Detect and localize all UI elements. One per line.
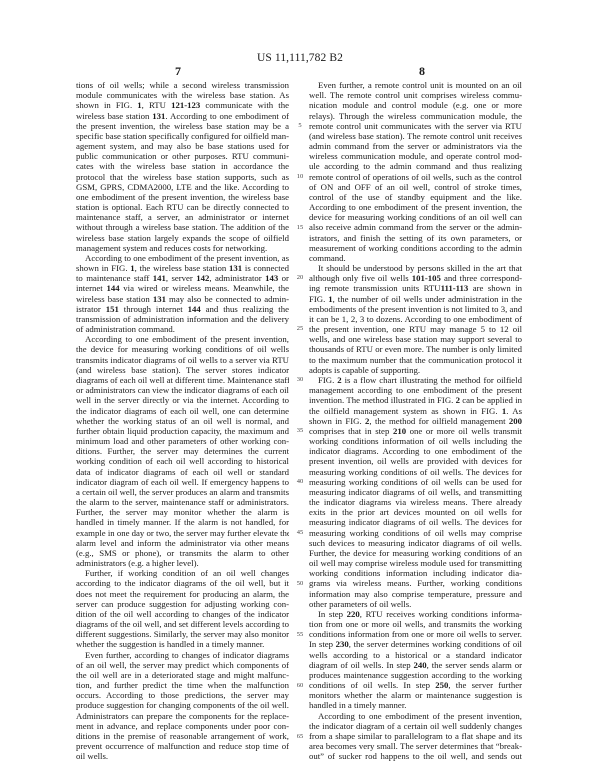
text-line: handled in a timely manner. <box>309 700 522 710</box>
text-line: public communication or other purposes. … <box>76 151 289 161</box>
text-line: the alarm to the server, maintenance sta… <box>76 497 289 507</box>
text-line: ing remote transmission units RTU111-113… <box>309 283 522 293</box>
text-line: (e.g., SMS or phone), or transmits the a… <box>76 548 289 558</box>
text-line: data of indicator diagrams of each oil w… <box>76 467 289 477</box>
text-line: station is optional. Each RTU can be dir… <box>76 202 289 212</box>
line-number: 55 <box>293 631 307 638</box>
text-line: produces maintenance suggestion accordin… <box>309 670 522 680</box>
text-line: control of the use of standby equipment … <box>309 192 522 202</box>
text-line: different suggestions. Similarly, the se… <box>76 629 289 639</box>
text-line: the device for measuring working conditi… <box>76 344 289 354</box>
text-line: relays). Through the wireless communicat… <box>309 111 522 121</box>
text-line: wells according to a historical or a sta… <box>309 650 522 660</box>
text-line: of administration command. <box>76 324 289 334</box>
text-line: working condition of each oil well accor… <box>76 456 289 466</box>
text-line: FIG. 1, the number of oil wells under ad… <box>309 294 522 304</box>
text-line: handled in timely manner. If the alarm i… <box>76 517 289 527</box>
text-line: working conditions information including… <box>309 568 522 578</box>
text-line: cates with the wireless base station in … <box>76 161 289 171</box>
text-line: the oilfield management system as shown … <box>309 406 522 416</box>
text-line: of ON and OFF of an oil well, control of… <box>309 182 522 192</box>
line-number: 15 <box>293 224 307 231</box>
text-line: other parameters of oil wells. <box>309 599 522 609</box>
text-line: Even further, according to changes of in… <box>76 650 289 660</box>
text-line: the oil well are in a deteriorated stage… <box>76 670 289 680</box>
text-line: embodiments of the present invention is … <box>309 304 522 314</box>
text-line: the present invention, the wireless base… <box>76 121 289 131</box>
text-line: grams via wireless means. Further, worki… <box>309 578 522 588</box>
text-line: maintenance staff, a server, an administ… <box>76 212 289 222</box>
text-line: thousands of RTU or even more. The numbe… <box>309 344 522 354</box>
text-line: measuring indicator diagrams of oil well… <box>309 487 522 497</box>
text-line: area becomes very small. The server dete… <box>309 741 522 751</box>
text-line: internet 144 via wired or wireless means… <box>76 283 289 293</box>
text-line: administrators (e.g. a higher level). <box>76 558 289 568</box>
text-line: module communicates with the wireless ba… <box>76 90 289 100</box>
text-line: shown in FIG. 1, the wireless base stati… <box>76 263 289 273</box>
text-line: the indicator diagrams via wireless mean… <box>309 497 522 507</box>
text-line: FIG. 2 is a flow chart illustrating the … <box>309 375 522 385</box>
text-line: (and wireless base station). The server … <box>76 365 289 375</box>
text-line: the present invention, one RTU may manag… <box>309 324 522 334</box>
text-line: measurement of working conditions accord… <box>309 243 522 253</box>
text-line: Administrators can prepare the component… <box>76 711 289 721</box>
text-line: transmits indicator diagrams of oil well… <box>76 355 289 365</box>
text-line: without through a wireless base station.… <box>76 222 289 232</box>
text-line: protocol that the wireless base station … <box>76 172 289 182</box>
text-line: agement system, and may also be base sta… <box>76 141 289 151</box>
text-line: present invention, oil wells are provide… <box>309 456 522 466</box>
text-line: produce suggestion for changing componen… <box>76 700 289 710</box>
text-line: server can produce suggestion for adjust… <box>76 599 289 609</box>
text-line: In step 220, RTU receives working condit… <box>309 609 522 619</box>
text-line: shown in FIG. 1, RTU 121-123 communicate… <box>76 100 289 110</box>
text-line: Further, if working condition of an oil … <box>76 568 289 578</box>
text-line: It should be understood by persons skill… <box>309 263 522 273</box>
text-line: conditions information from one or more … <box>309 629 522 639</box>
text-line: or administrators can view the indicator… <box>76 385 289 395</box>
text-line: to the maximum number that the communica… <box>309 355 522 365</box>
text-line: comprises that in step 210 one or more o… <box>309 426 522 436</box>
text-line: nication module and control module (e.g.… <box>309 100 522 110</box>
line-number: 40 <box>293 478 307 485</box>
text-line: a certain oil well, the server produces … <box>76 487 289 497</box>
text-line: although only five oil wells 101-105 and… <box>309 273 522 283</box>
line-number: 30 <box>293 376 307 383</box>
text-line: tion from one or more oil wells, and tra… <box>309 619 522 629</box>
text-line: Further, the device for measuring workin… <box>309 548 522 558</box>
text-line: further obtain liquid production capacit… <box>76 426 289 436</box>
text-line: exits in the prior art devices mounted o… <box>309 507 522 517</box>
text-line: management according to one embodiment o… <box>309 385 522 395</box>
text-line: adopts is capable of supporting. <box>309 365 522 375</box>
line-number: 25 <box>293 325 307 332</box>
text-line: prevent occurrence of malfunction and re… <box>76 741 289 751</box>
line-number: 5 <box>293 122 307 129</box>
text-line: one embodiment of the present invention,… <box>76 192 289 202</box>
text-line: ment in advance, and replace components … <box>76 721 289 731</box>
text-line: remote control of operations of oil well… <box>309 172 522 182</box>
text-line: tion, and further predict the time when … <box>76 680 289 690</box>
text-line: According to one embodiment of the prese… <box>76 253 289 263</box>
text-line: information may also comprise temperatur… <box>309 589 522 599</box>
text-line: measuring working conditions of oil well… <box>309 467 522 477</box>
text-line: measuring working conditions of oil well… <box>309 477 522 487</box>
text-line: management system and reduces costs for … <box>76 243 289 253</box>
text-line: ditions. Further, the server may determi… <box>76 446 289 456</box>
text-line: ule according to the admin command and t… <box>309 161 522 171</box>
text-line: istrator 151 through internet 144 and th… <box>76 304 289 314</box>
text-line: whether the suggestion is handled in a t… <box>76 639 289 649</box>
text-line: device for measuring working conditions … <box>309 212 522 222</box>
patent-number: US 11,111,782 B2 <box>0 52 600 64</box>
line-number: 45 <box>293 529 307 536</box>
text-line: wireless communication module, and opera… <box>309 151 522 161</box>
text-line: command. <box>309 253 522 263</box>
text-line: whether the working status of an oil wel… <box>76 416 289 426</box>
text-line: According to one embodiment of the prese… <box>309 711 522 721</box>
line-number: 20 <box>293 274 307 281</box>
text-line: indicator diagram of each oil well. If e… <box>76 477 289 487</box>
text-line: the indicator diagrams of each oil well,… <box>76 406 289 416</box>
text-line: to maintenance staff 141, server 142, ad… <box>76 273 289 283</box>
text-line: specific base station specifically confi… <box>76 131 289 141</box>
text-line: monitors whether the alarm or maintenanc… <box>309 690 522 700</box>
text-line: (and wireless base station). The remote … <box>309 131 522 141</box>
text-line: istrators, and finish the setting of its… <box>309 233 522 243</box>
column-number-left: 7 <box>175 64 181 79</box>
line-number: 65 <box>293 733 307 740</box>
text-line: well. The remote control unit comprises … <box>309 90 522 100</box>
text-line: according to the indicator diagrams of t… <box>76 578 289 588</box>
text-line: measuring indicator diagrams of oil well… <box>309 517 522 527</box>
text-line: such devices to measuring indicator diag… <box>309 538 522 548</box>
text-line: indicator diagrams. According to one emb… <box>309 446 522 456</box>
column-number-right: 8 <box>419 64 425 79</box>
text-line: dition of the oil well according to chan… <box>76 609 289 619</box>
text-line: oil well may comprise wireless module us… <box>309 558 522 568</box>
text-line: conditions of oil wells. In step 250, th… <box>309 680 522 690</box>
text-line: shown in FIG. 2, the method for oilfield… <box>309 416 522 426</box>
text-line: wireless base station 131 may also be co… <box>76 294 289 304</box>
text-line: diagrams of the oil well, and set differ… <box>76 619 289 629</box>
text-line: out” of sucker rod happens to the oil we… <box>309 751 522 761</box>
text-line: remote control unit communicates with th… <box>309 121 522 131</box>
text-line: transmission of administration informati… <box>76 314 289 324</box>
line-number: 60 <box>293 682 307 689</box>
text-line: According to one embodiment of the prese… <box>76 334 289 344</box>
text-line: minimum load and other parameters of oth… <box>76 436 289 446</box>
text-line: Further, the server may monitor whether … <box>76 507 289 517</box>
text-line: According to one embodiment of the prese… <box>309 202 522 212</box>
text-line: GSM, GPRS, CDMA2000, LTE and the like. A… <box>76 182 289 192</box>
line-number: 50 <box>293 580 307 587</box>
text-line: alarm level and inform the administrator… <box>76 538 289 548</box>
text-line: ditions in the premise of reasonable arr… <box>76 731 289 741</box>
text-line: diagrams of each oil well at different t… <box>76 375 289 385</box>
right-text-column: Even further, a remote control unit is m… <box>309 80 522 762</box>
text-line: the indicator diagram of a certain oil w… <box>309 721 522 731</box>
text-line: wireless base station 131. According to … <box>76 111 289 121</box>
text-line: example in one day or two, the server ma… <box>76 528 289 538</box>
text-line: invention. The method illustrated in FIG… <box>309 395 522 405</box>
text-line: admin command from the server or adminis… <box>309 141 522 151</box>
text-line: occurs. According to those predictions, … <box>76 690 289 700</box>
text-line: diagram of oil wells. In step 240, the s… <box>309 660 522 670</box>
text-line: Even further, a remote control unit is m… <box>309 80 522 90</box>
line-number: 35 <box>293 427 307 434</box>
text-line: working conditions information of oil we… <box>309 436 522 446</box>
text-line: of an oil well, the server may predict w… <box>76 660 289 670</box>
text-line: In step 230, the server determines worki… <box>309 639 522 649</box>
text-line: does not meet the requirement for produc… <box>76 589 289 599</box>
left-text-column: tions of oil wells; while a second wirel… <box>76 80 289 762</box>
text-line: tions of oil wells; while a second wirel… <box>76 80 289 90</box>
text-line: wells, and one wireless base station may… <box>309 334 522 344</box>
text-line: well in the server directly or via the i… <box>76 395 289 405</box>
text-line: oil wells. <box>76 751 289 761</box>
text-line: measuring working conditions of oil well… <box>309 528 522 538</box>
text-line: it can be 1, 2, 3 to dozens. According t… <box>309 314 522 324</box>
line-number: 10 <box>293 173 307 180</box>
text-line: also receive admin command from the serv… <box>309 222 522 232</box>
text-line: wireless base station largely expands th… <box>76 233 289 243</box>
text-line: from a shape similar to parallelogram to… <box>309 731 522 741</box>
